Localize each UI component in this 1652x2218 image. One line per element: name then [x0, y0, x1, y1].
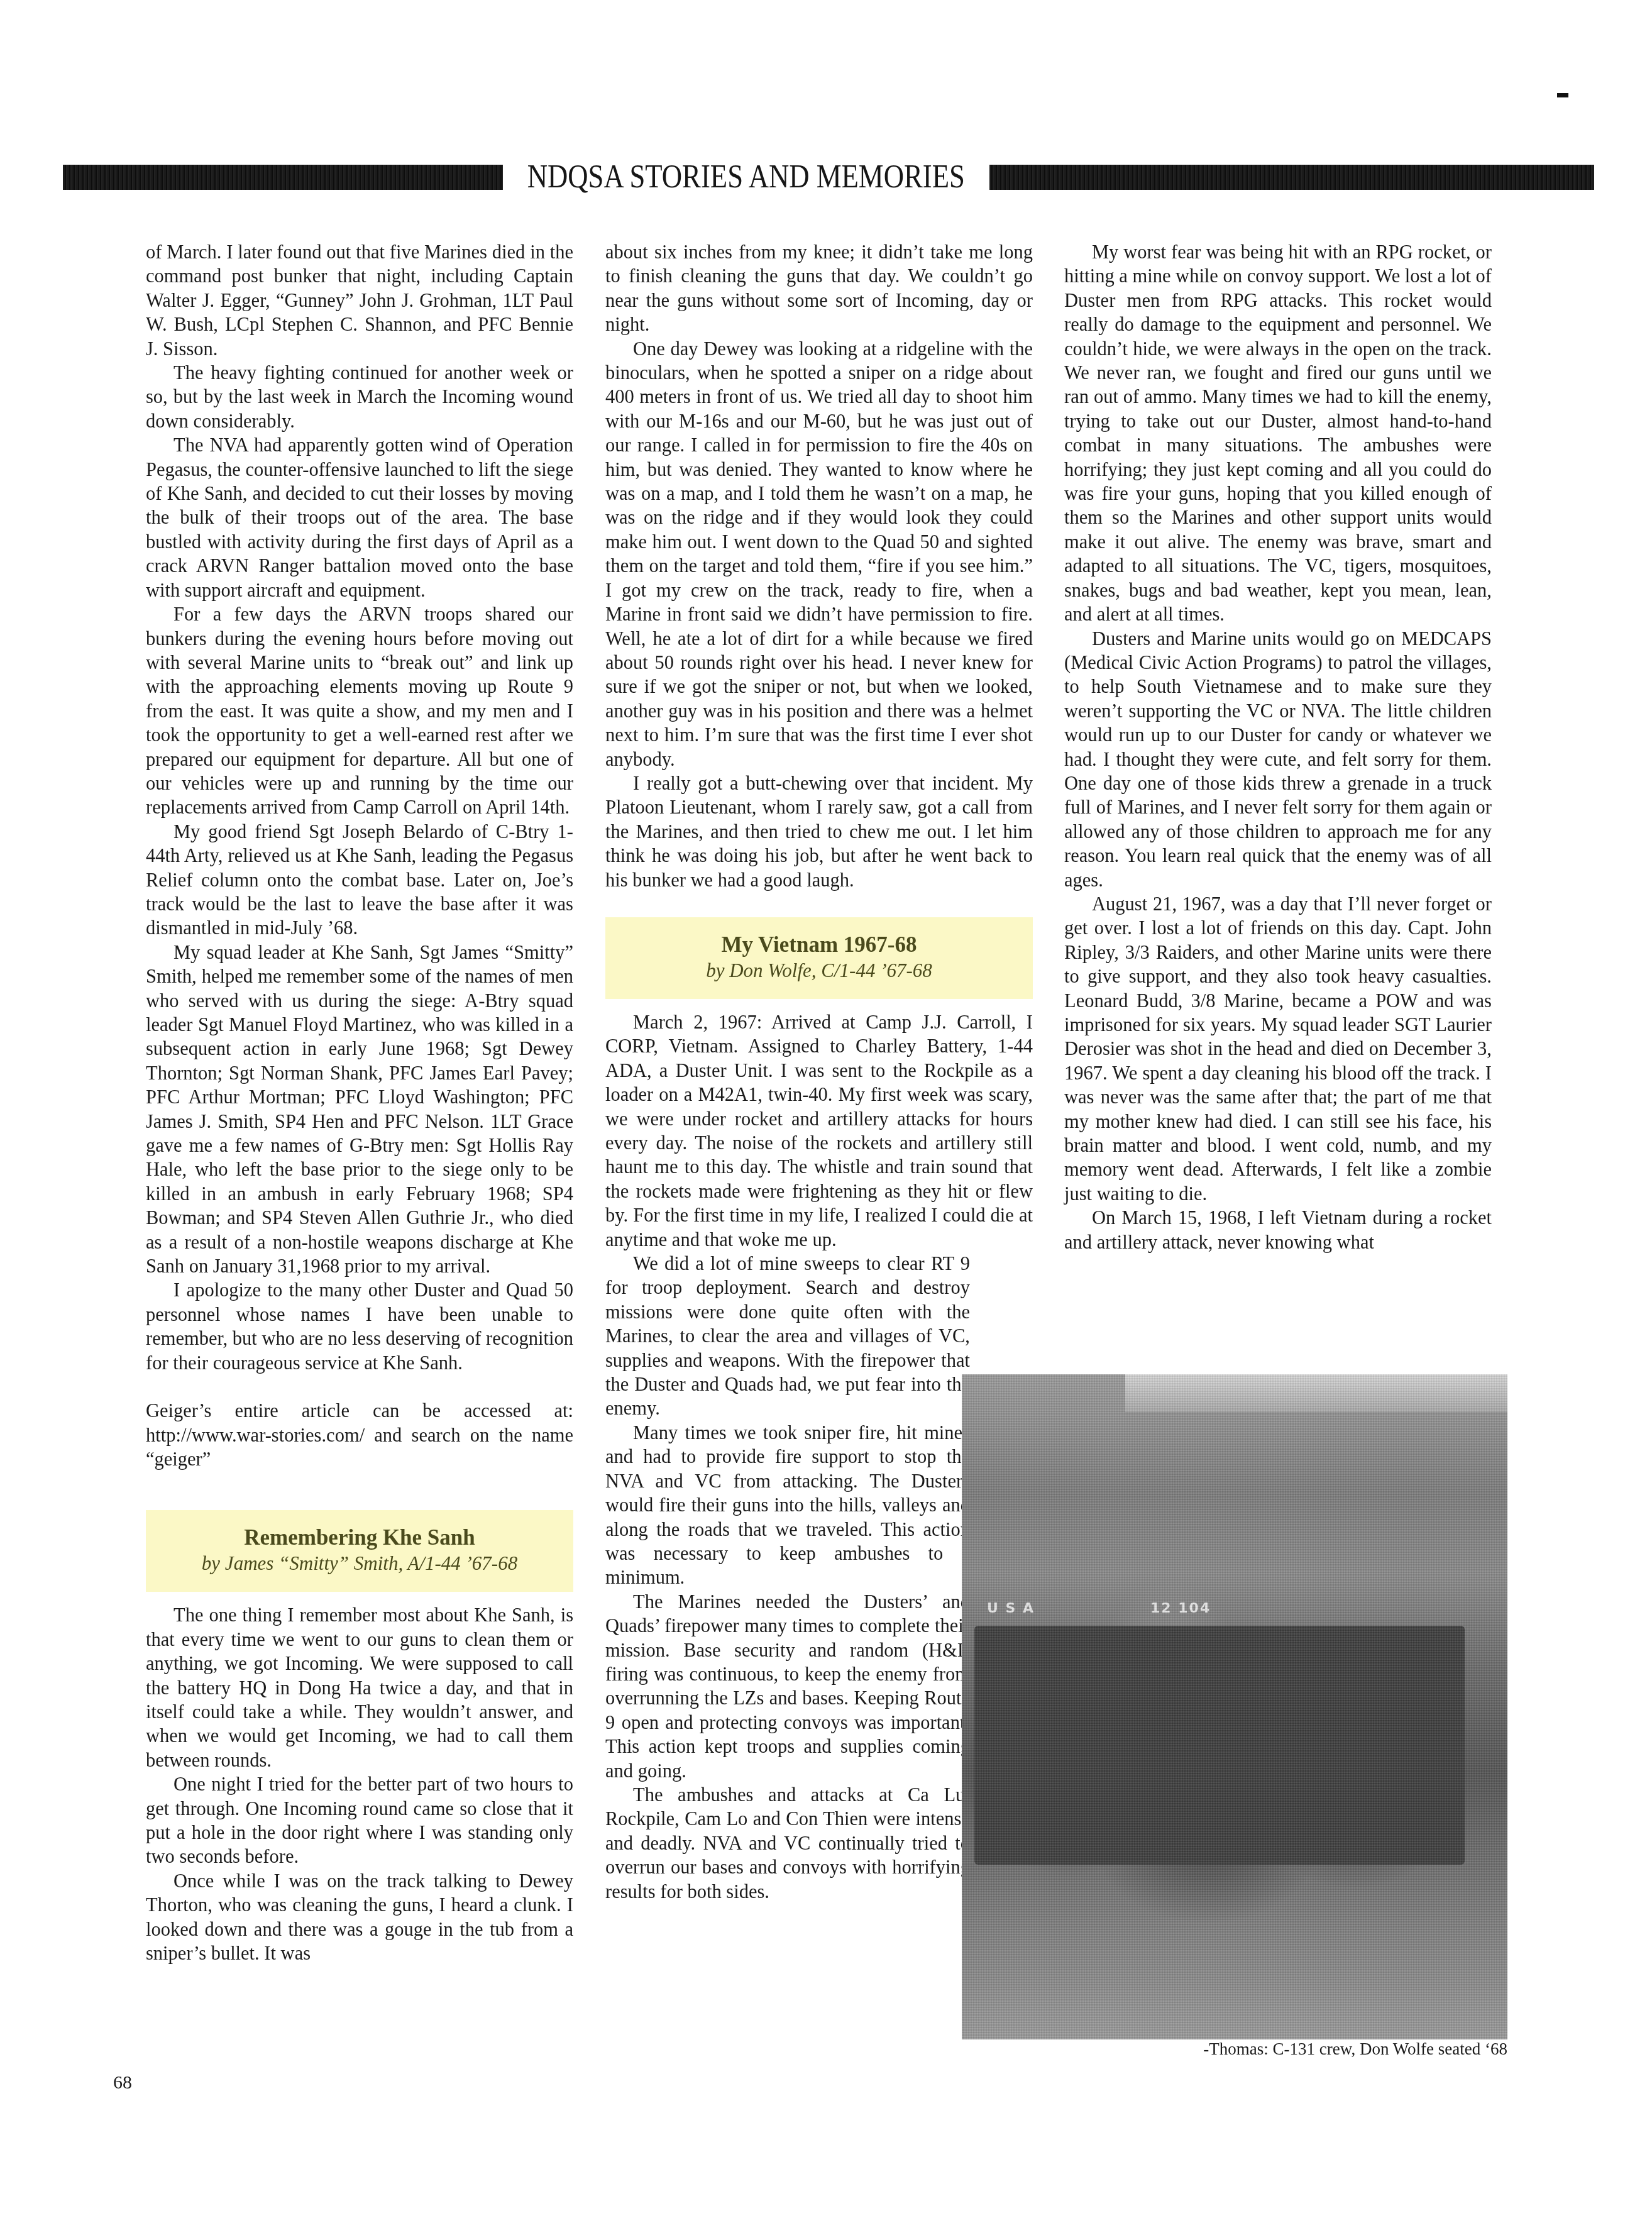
header-bar-right: [989, 165, 1594, 190]
story-byline: by Don Wolfe, C/1-44 ’67-68: [612, 959, 1027, 983]
left-column: of March. I later found out that five Ma…: [146, 240, 573, 1965]
paragraph: My good friend Sgt Joseph Belardo of C-B…: [146, 820, 573, 941]
photo-vehicle-marking: 12 104: [1150, 1601, 1211, 1616]
story-headline-box: Remembering Khe Sanh by James “Smitty” S…: [146, 1510, 573, 1592]
photo-tank-silhouette: [974, 1626, 1465, 1865]
story-title: Remembering Khe Sanh: [152, 1524, 567, 1552]
paragraph: The NVA had apparently gotten wind of Op…: [146, 433, 573, 602]
corner-registration-mark: [1557, 93, 1568, 97]
paragraph: Once while I was on the track talking to…: [146, 1869, 573, 1966]
paragraph: On March 15, 1968, I left Vietnam during…: [1064, 1206, 1492, 1254]
paragraph: The Marines needed the Dusters’ and Quad…: [605, 1590, 970, 1783]
story-title: My Vietnam 1967-68: [612, 931, 1027, 959]
header-bar-left: [63, 165, 503, 190]
duster-crew-photo: U S A 12 104: [962, 1374, 1507, 2039]
paragraph: For a few days the ARVN troops shared ou…: [146, 602, 573, 820]
right-column: My worst fear was being hit with an RPG …: [1064, 240, 1492, 1254]
page-number: 68: [113, 2072, 132, 2094]
article-source-note: Geiger’s entire article can be accessed …: [146, 1399, 573, 1471]
photo-sky: [1125, 1374, 1507, 1412]
photo-caption: -Thomas: C-131 crew, Don Wolfe seated ‘6…: [1069, 2038, 1507, 2060]
paragraph: The heavy fighting continued for another…: [146, 361, 573, 433]
paragraph: of March. I later found out that five Ma…: [146, 240, 573, 361]
paragraph: The ambushes and attacks at Ca Lu, Rockp…: [605, 1783, 970, 1904]
photo-vehicle-marking: U S A: [987, 1601, 1035, 1616]
story-headline-box: My Vietnam 1967-68 by Don Wolfe, C/1-44 …: [605, 917, 1033, 999]
paragraph: I really got a butt-chewing over that in…: [605, 771, 1033, 892]
paragraph: My squad leader at Khe Sanh, Sgt James “…: [146, 941, 573, 1279]
paragraph: August 21, 1967, was a day that I’ll nev…: [1064, 892, 1492, 1206]
section-title: NDQSA STORIES AND MEMORIES: [517, 162, 974, 192]
paragraph: The one thing I remember most about Khe …: [146, 1603, 573, 1772]
paragraph: Dusters and Marine units would go on MED…: [1064, 627, 1492, 892]
paragraph: about six inches from my knee; it didn’t…: [605, 240, 1033, 337]
paragraph: My worst fear was being hit with an RPG …: [1064, 240, 1492, 627]
paragraph: I apologize to the many other Duster and…: [146, 1278, 573, 1375]
section-header: NDQSA STORIES AND MEMORIES: [63, 162, 1594, 192]
paragraph: Many times we took sniper fire, hit mine…: [605, 1421, 970, 1590]
paragraph: One day Dewey was looking at a ridgeline…: [605, 337, 1033, 771]
paragraph: We did a lot of mine sweeps to clear RT …: [605, 1252, 970, 1421]
story-byline: by James “Smitty” Smith, A/1-44 ’67-68: [152, 1552, 567, 1575]
paragraph: One night I tried for the better part of…: [146, 1772, 573, 1869]
paragraph: March 2, 1967: Arrived at Camp J.J. Carr…: [605, 1010, 1033, 1252]
